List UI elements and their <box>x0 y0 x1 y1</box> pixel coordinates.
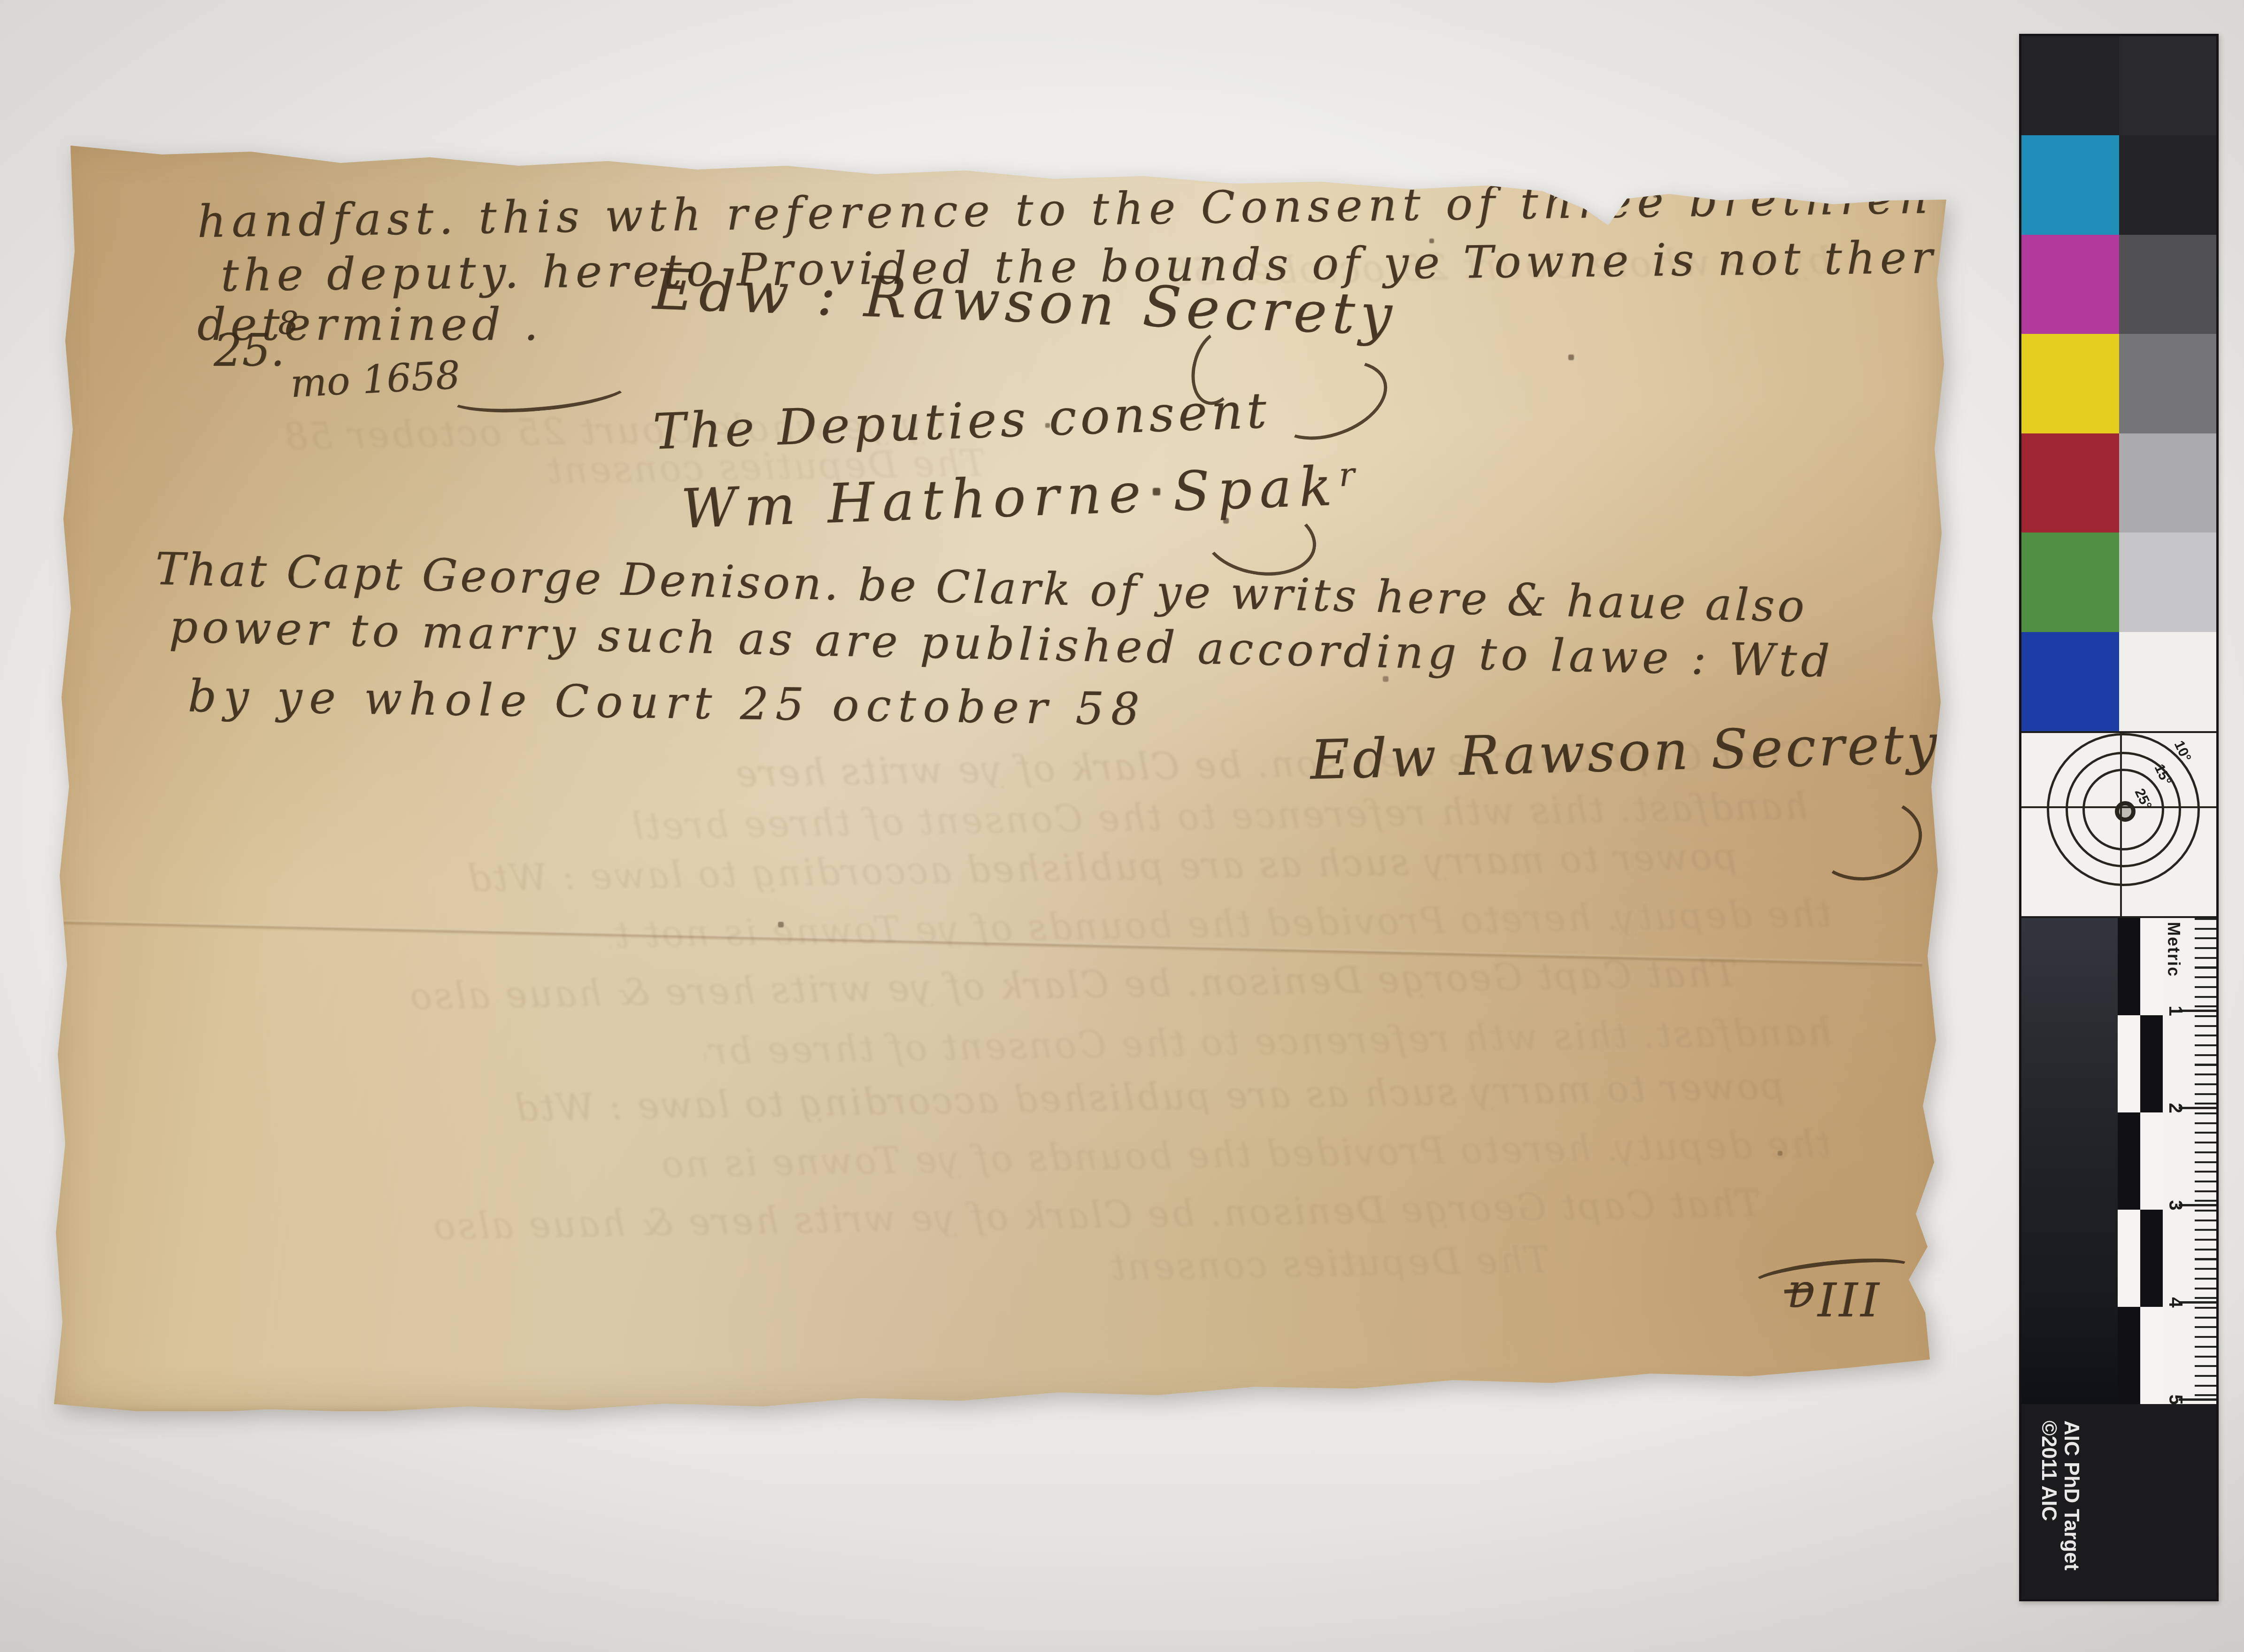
focus-target: 10° 15° 25° <box>2021 731 2216 918</box>
patch-row-3 <box>2021 334 2216 433</box>
bleedthrough-line: the deputy. hereto Provided the bounds o… <box>610 895 1832 953</box>
brand-line-2: ©2011 AIC <box>2037 1420 2060 1575</box>
bleedthrough-line: The Deputies consent <box>704 1242 1550 1293</box>
docket-number: IIIa <box>1784 1275 1879 1322</box>
signature-flourish-2 <box>1806 789 1929 889</box>
patch-row-1 <box>2021 135 2216 234</box>
ink-specks <box>49 139 50 139</box>
crosshair-vertical <box>2120 733 2122 916</box>
target-brand-panel: AIC PhD Target ©2011 AIC <box>2021 1404 2216 1599</box>
patch-rows <box>2021 36 2216 731</box>
speaker-superscript: r <box>1338 455 1363 494</box>
bleedthrough-line: That Capt George Denison. be Clark of ye… <box>399 1186 1761 1246</box>
date-month: mo 1658 <box>289 356 461 404</box>
patch-row-2 <box>2021 235 2216 334</box>
bleedthrough-line: power to marry such as are published acc… <box>423 1068 1785 1129</box>
gray-patch-6 <box>2119 632 2217 731</box>
patch-row-5 <box>2021 533 2216 632</box>
bleedthrough-line: power to marry such as are published acc… <box>423 839 1738 898</box>
bleedthrough-line: That Capt George Denison. be Clark of ye… <box>376 956 1738 1016</box>
color-patch-5 <box>2021 533 2119 632</box>
brand-line-1: AIC PhD Target <box>2060 1420 2082 1575</box>
ruler-number-1: 1 <box>2165 1002 2186 1020</box>
ruler-label: Metric <box>2164 922 2183 977</box>
target-center-dot <box>2115 801 2136 822</box>
color-patch-3 <box>2021 334 2119 433</box>
ruler-number-3: 3 <box>2165 1196 2186 1215</box>
ruler-number-5: 5 <box>2165 1390 2186 1405</box>
color-patch-1 <box>2021 135 2119 234</box>
color-patch-2 <box>2021 235 2119 334</box>
date-day: 25. <box>214 329 285 373</box>
gray-patch-2 <box>2119 235 2217 334</box>
patch-row-4 <box>2021 433 2216 533</box>
color-calibration-target: 10° 15° 25° Metric 12345 AIC PhD Target … <box>2019 34 2219 1601</box>
target-dark-panel <box>2021 918 2118 1404</box>
ruler-number-4: 4 <box>2165 1293 2186 1312</box>
date-superscript: 8 <box>278 308 298 340</box>
manuscript-photo: by ye whole Court 25 october 58 The Depu… <box>49 139 1949 1411</box>
order-line-3: by ye whole Court 25 october 58 <box>187 674 1147 732</box>
patch-row-6 <box>2021 632 2216 731</box>
target-brand-text: AIC PhD Target ©2011 AIC <box>2037 1420 2082 1575</box>
signature-flourish <box>1261 346 1398 455</box>
color-patch-4 <box>2021 433 2119 533</box>
crosshair-horizontal <box>2021 806 2216 808</box>
gray-patch-5 <box>2119 533 2217 632</box>
checkerboard-scale <box>2118 918 2163 1404</box>
manuscript-paper: by ye whole Court 25 october 58 The Depu… <box>49 139 1949 1411</box>
photo-canvas: { "photo": { "background_color": "#edece… <box>0 0 2244 1652</box>
color-patch-0 <box>2021 36 2119 135</box>
date-flourish <box>445 363 632 419</box>
gray-patch-0 <box>2119 36 2217 135</box>
gray-patch-4 <box>2119 433 2217 533</box>
ruler-number-2: 2 <box>2165 1099 2186 1118</box>
color-patch-6 <box>2021 632 2119 731</box>
metric-ruler: Metric 12345 <box>2163 918 2216 1404</box>
patch-row-0 <box>2021 36 2216 135</box>
secretary-signature-2: Edw Rawson Secrety <box>1310 717 1941 787</box>
deputies-consent-line: The Deputies consent <box>652 386 1271 457</box>
gray-patch-3 <box>2119 334 2217 433</box>
bleedthrough-line: handfast. this wth reference to the Cons… <box>704 1014 1832 1070</box>
bleedthrough-line: the deputy. hereto Provided the bounds o… <box>657 1126 1832 1183</box>
gray-patch-1 <box>2119 135 2217 234</box>
bleedthrough-line: handfast. this wth reference to the Cons… <box>634 788 1808 845</box>
ruler-zone: Metric 12345 <box>2021 918 2216 1404</box>
